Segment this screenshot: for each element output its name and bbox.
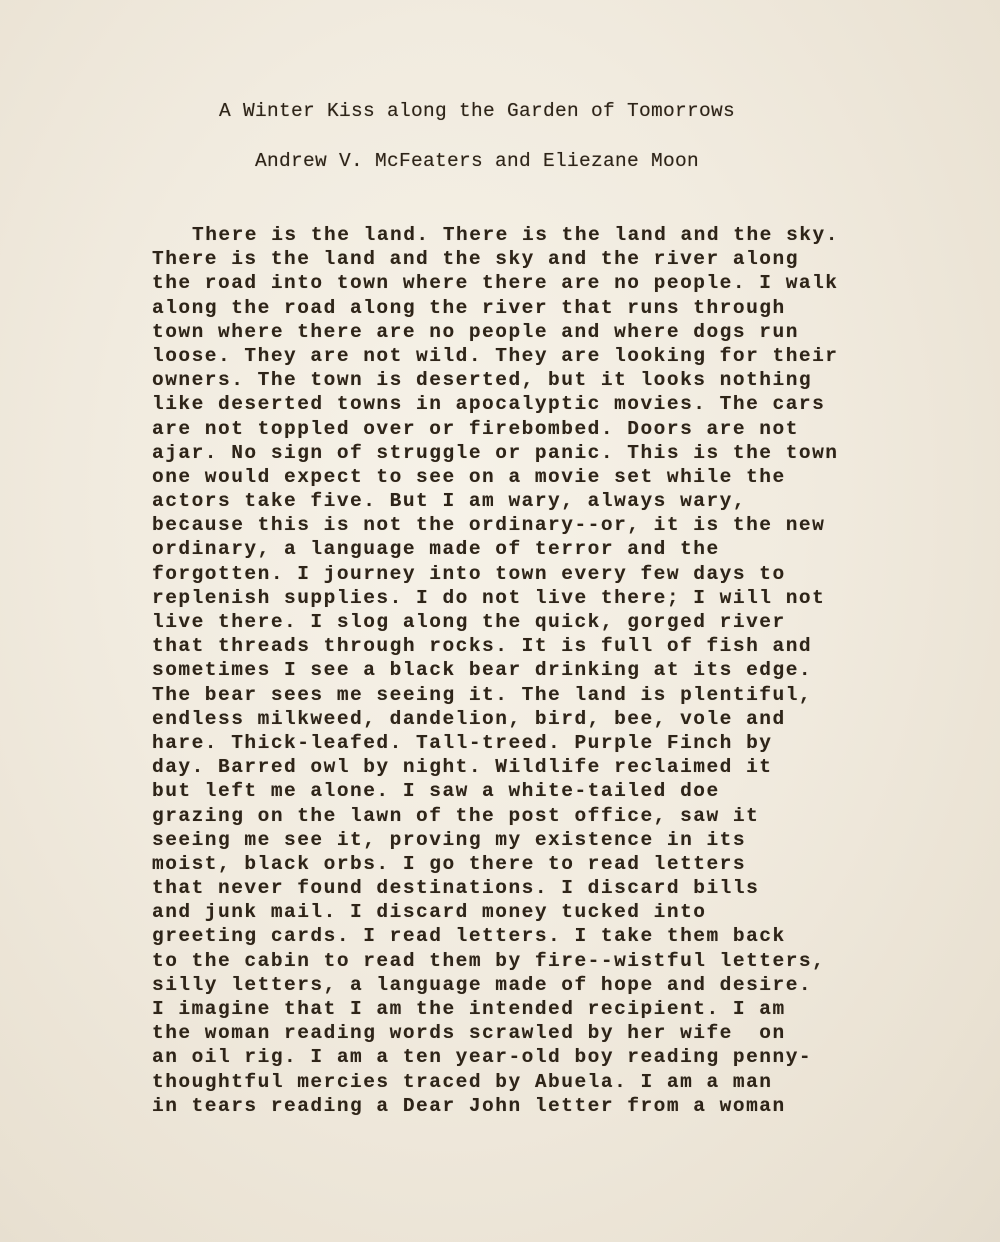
text-line: seeing me see it, proving my existence i… [152, 828, 912, 852]
text-line: the road into town where there are no pe… [152, 271, 912, 295]
text-line: sometimes I see a black bear drinking at… [152, 658, 912, 682]
text-line: silly letters, a language made of hope a… [152, 973, 912, 997]
text-line: but left me alone. I saw a white-tailed … [152, 779, 912, 803]
text-line: grazing on the lawn of the post office, … [152, 804, 912, 828]
text-line: in tears reading a Dear John letter from… [152, 1094, 912, 1118]
text-line: There is the land. There is the land and… [152, 223, 912, 247]
text-line: moist, black orbs. I go there to read le… [152, 852, 912, 876]
text-line: an oil rig. I am a ten year-old boy read… [152, 1045, 912, 1069]
text-line: endless milkweed, dandelion, bird, bee, … [152, 707, 912, 731]
text-line: live there. I slog along the quick, gorg… [152, 610, 912, 634]
document-title: A Winter Kiss along the Garden of Tomorr… [0, 100, 954, 122]
text-line: are not toppled over or firebombed. Door… [152, 417, 912, 441]
text-line: to the cabin to read them by fire--wistf… [152, 949, 912, 973]
text-line: town where there are no people and where… [152, 320, 912, 344]
text-line: ordinary, a language made of terror and … [152, 537, 912, 561]
text-line: forgotten. I journey into town every few… [152, 562, 912, 586]
text-line: ajar. No sign of struggle or panic. This… [152, 441, 912, 465]
text-line: loose. They are not wild. They are looki… [152, 344, 912, 368]
text-line: hare. Thick-leafed. Tall-treed. Purple F… [152, 731, 912, 755]
body-paragraph: There is the land. There is the land and… [152, 223, 912, 1118]
text-line: that threads through rocks. It is full o… [152, 634, 912, 658]
text-line: thoughtful mercies traced by Abuela. I a… [152, 1070, 912, 1094]
text-line: replenish supplies. I do not live there;… [152, 586, 912, 610]
text-line: the woman reading words scrawled by her … [152, 1021, 912, 1045]
text-line: and junk mail. I discard money tucked in… [152, 900, 912, 924]
text-line: I imagine that I am the intended recipie… [152, 997, 912, 1021]
text-line: because this is not the ordinary--or, it… [152, 513, 912, 537]
text-line: one would expect to see on a movie set w… [152, 465, 912, 489]
text-line: The bear sees me seeing it. The land is … [152, 683, 912, 707]
text-line: day. Barred owl by night. Wildlife recla… [152, 755, 912, 779]
text-line: greeting cards. I read letters. I take t… [152, 924, 912, 948]
text-line: actors take five. But I am wary, always … [152, 489, 912, 513]
document-authors: Andrew V. McFeaters and Eliezane Moon [0, 150, 954, 172]
text-line: along the road along the river that runs… [152, 296, 912, 320]
text-line: that never found destinations. I discard… [152, 876, 912, 900]
text-line: like deserted towns in apocalyptic movie… [152, 392, 912, 416]
text-line: There is the land and the sky and the ri… [152, 247, 912, 271]
text-line: owners. The town is deserted, but it loo… [152, 368, 912, 392]
typewritten-page: A Winter Kiss along the Garden of Tomorr… [0, 0, 1000, 1242]
